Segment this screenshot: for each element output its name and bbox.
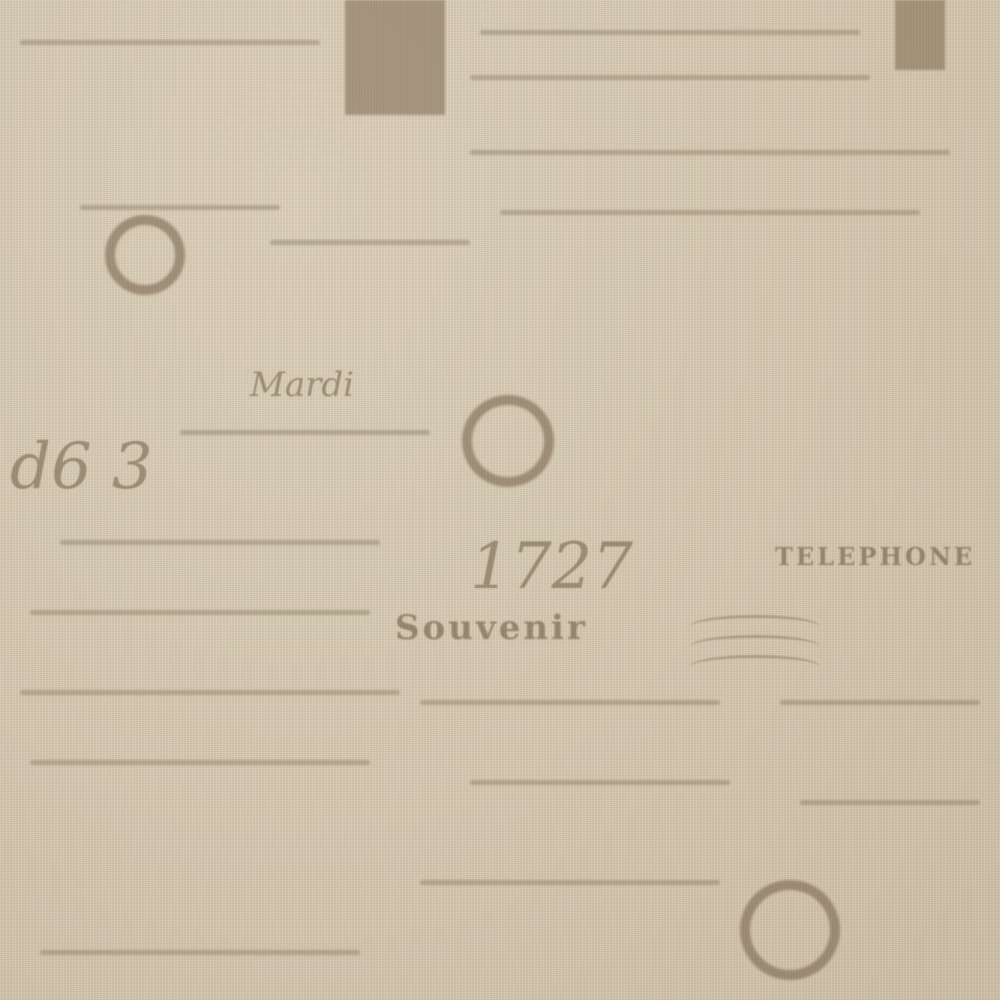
postmark-wave (690, 655, 820, 678)
stamp-text: Souvenir (395, 608, 588, 648)
script-line (20, 690, 400, 695)
postmark-circle (462, 395, 554, 487)
script-line (780, 700, 980, 705)
script-line (180, 430, 430, 435)
script-text: Mardi (250, 365, 354, 405)
script-text: 1727 (470, 530, 633, 604)
script-line (470, 75, 870, 80)
carpet-texture: d6 3 Mardi 1727 Souvenir TELEPHONE (0, 0, 1000, 1000)
script-text: d6 3 (10, 430, 153, 504)
script-line (500, 210, 920, 215)
script-line (80, 205, 280, 210)
script-line (20, 40, 320, 45)
postmark-circle (105, 215, 185, 295)
script-line (470, 780, 730, 785)
stamp-text: TELEPHONE (775, 542, 975, 571)
script-line (470, 150, 950, 155)
script-line (420, 700, 720, 705)
script-line (40, 950, 360, 955)
script-line (30, 610, 370, 615)
script-line (60, 540, 380, 545)
stamp-block (345, 0, 445, 115)
script-line (480, 30, 860, 35)
script-line (270, 240, 470, 245)
script-line (420, 880, 720, 885)
postmark-circle (740, 880, 840, 980)
stamp-block (895, 0, 945, 70)
script-line (800, 800, 980, 805)
script-line (30, 760, 370, 765)
